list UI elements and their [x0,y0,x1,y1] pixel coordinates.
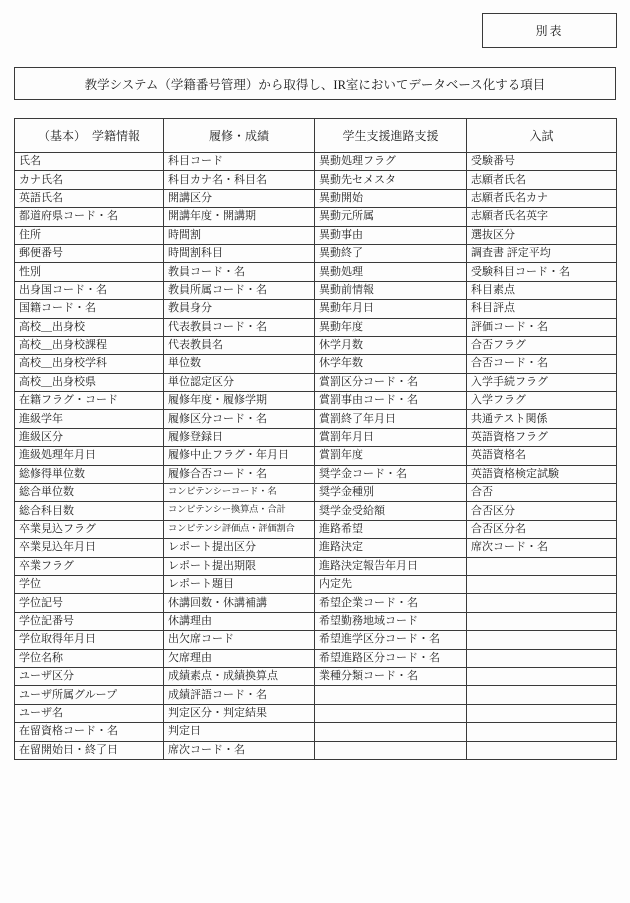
table-cell: 教員身分 [164,300,315,318]
table-row: 在留開始日・終了日席次コード・名 [15,741,617,759]
table-cell: 学位 [15,575,164,593]
table-cell: 出欠席コード [164,631,315,649]
table-cell: 代表教員名 [164,336,315,354]
table-cell [467,631,617,649]
table-row: 国籍コード・名教員身分異動年月日科目評点 [15,300,617,318]
appendix-label: 別表 [535,22,563,39]
table-row: 高校__出身校代表教員コード・名異動年度評価コード・名 [15,318,617,336]
table-cell: 進級処理年月日 [15,447,164,465]
table-cell: 賞罰年月日 [315,428,467,446]
table-cell: 郵便番号 [15,244,164,262]
table-cell: 休講回数・休講補講 [164,594,315,612]
table-cell: 賞罰年度 [315,447,467,465]
items-table-body: 氏名科目コード異動処理フラグ受験番号カナ氏名科目カナ名・科目名異動先セメスタ志願… [15,153,617,760]
table-cell: 総合科目数 [15,502,164,520]
table-cell: 受験科目コード・名 [467,263,617,281]
table-cell: 科目カナ名・科目名 [164,171,315,189]
table-cell: 教員所属コード・名 [164,281,315,299]
table-cell: 合否区分名 [467,520,617,538]
table-cell: 出身国コード・名 [15,281,164,299]
table-cell: 在留開始日・終了日 [15,741,164,759]
table-cell: 性別 [15,263,164,281]
table-cell: 進級学年 [15,410,164,428]
table-row: 学位レポート題目内定先 [15,575,617,593]
table-cell: 休学月数 [315,336,467,354]
table-cell: 氏名 [15,153,164,171]
table-row: 在留資格コード・名判定日 [15,723,617,741]
table-cell: 異動元所属 [315,208,467,226]
table-row: 出身国コード・名教員所属コード・名異動前情報科目素点 [15,281,617,299]
table-cell: 賞罰区分コード・名 [315,373,467,391]
table-cell: 希望進学区分コード・名 [315,631,467,649]
column-header-gakuseki: （基本） 学籍情報 [15,119,164,153]
table-cell: 学位記号 [15,594,164,612]
table-cell [467,612,617,630]
table-cell: 賞罰終了年月日 [315,410,467,428]
table-row: 進級処理年月日履修中止フラグ・年月日賞罰年度英語資格名 [15,447,617,465]
table-cell: 調査書 評定平均 [467,244,617,262]
table-cell: 開講区分 [164,189,315,207]
table-cell: 異動処理フラグ [315,153,467,171]
table-row: 学位名称欠席理由希望進路区分コード・名 [15,649,617,667]
table-row: 住所時間割異動事由選抜区分 [15,226,617,244]
table-cell: 科目コード [164,153,315,171]
table-row: 性別教員コード・名異動処理受験科目コード・名 [15,263,617,281]
table-cell: 異動開始 [315,189,467,207]
document-page: { "page": { "appendix_label": "別表", "tit… [0,0,630,903]
table-row: 総合単位数コンピテンシーコード・名奨学金種別合否 [15,484,617,502]
table-cell: 成績素点・成績換算点 [164,667,315,685]
table-cell: 席次コード・名 [467,539,617,557]
table-cell: 在籍フラグ・コード [15,392,164,410]
table-cell: 高校__出身校課程 [15,336,164,354]
table-row: カナ氏名科目カナ名・科目名異動先セメスタ志願者氏名 [15,171,617,189]
table-cell: 奨学金受給額 [315,502,467,520]
table-cell: 総合単位数 [15,484,164,502]
table-cell: レポート題目 [164,575,315,593]
table-cell: 希望企業コード・名 [315,594,467,612]
table-row: 高校__出身校県単位認定区分賞罰区分コード・名入学手続フラグ [15,373,617,391]
table-cell: 科目評点 [467,300,617,318]
table-cell: 履修年度・履修学期 [164,392,315,410]
table-cell: 時間割科目 [164,244,315,262]
table-cell: 異動事由 [315,226,467,244]
table-cell: 進級区分 [15,428,164,446]
table-row: 都道府県コード・名開講年度・開講期異動元所属志願者氏名英字 [15,208,617,226]
table-cell: 共通テスト関係 [467,410,617,428]
table-row: 卒業フラグレポート提出期限進路決定報告年月日 [15,557,617,575]
table-cell: 学位取得年月日 [15,631,164,649]
table-cell: 希望進路区分コード・名 [315,649,467,667]
table-cell [467,704,617,722]
column-header-nyushi: 入試 [467,119,617,153]
table-cell: 休講理由 [164,612,315,630]
table-row: 高校__出身校課程代表教員名休学月数合否フラグ [15,336,617,354]
table-cell: 履修区分コード・名 [164,410,315,428]
table-cell: 在留資格コード・名 [15,723,164,741]
table-row: 在籍フラグ・コード履修年度・履修学期賞罰事由コード・名入学フラグ [15,392,617,410]
table-cell: 高校__出身校学科 [15,355,164,373]
table-cell: 内定先 [315,575,467,593]
document-title-box: 教学システム（学籍番号管理）から取得し、IR室においてデータベース化する項目 [14,67,616,100]
table-cell: 都道府県コード・名 [15,208,164,226]
table-cell: コンピテンシーコード・名 [164,484,315,502]
table-cell: 英語資格フラグ [467,428,617,446]
table-row: 高校__出身校学科単位数休学年数合否コード・名 [15,355,617,373]
table-cell: 入学フラグ [467,392,617,410]
table-cell: 学位記番号 [15,612,164,630]
table-cell: 異動先セメスタ [315,171,467,189]
table-cell: 合否フラグ [467,336,617,354]
table-cell: ユーザ所属グループ [15,686,164,704]
table-row: 氏名科目コード異動処理フラグ受験番号 [15,153,617,171]
table-cell: 卒業フラグ [15,557,164,575]
table-row: 進級学年履修区分コード・名賞罰終了年月日共通テスト関係 [15,410,617,428]
table-cell: 評価コード・名 [467,318,617,336]
table-cell [467,741,617,759]
table-cell: 異動前情報 [315,281,467,299]
table-cell: 希望勤務地域コード [315,612,467,630]
table-cell [315,741,467,759]
table-cell: 異動年月日 [315,300,467,318]
table-cell: 単位数 [164,355,315,373]
table-cell: コンピテンシー換算点・合計 [164,502,315,520]
table-cell [315,686,467,704]
table-cell: 代表教員コード・名 [164,318,315,336]
table-cell [467,723,617,741]
table-cell: ユーザ名 [15,704,164,722]
appendix-label-box: 別表 [482,13,617,48]
table-cell [467,649,617,667]
table-cell: 判定日 [164,723,315,741]
table-row: ユーザ所属グループ成績評語コード・名 [15,686,617,704]
table-cell: 合否区分 [467,502,617,520]
table-cell: 履修登録日 [164,428,315,446]
document-title: 教学システム（学籍番号管理）から取得し、IR室においてデータベース化する項目 [85,75,546,93]
table-row: ユーザ区分成績素点・成績換算点業種分類コード・名 [15,667,617,685]
table-cell: 志願者氏名英字 [467,208,617,226]
table-cell: 科目素点 [467,281,617,299]
table-cell [467,594,617,612]
table-cell: 異動処理 [315,263,467,281]
table-row: 総修得単位数履修合否コード・名奨学金コード・名英語資格検定試験 [15,465,617,483]
table-cell: カナ氏名 [15,171,164,189]
table-cell: 業種分類コード・名 [315,667,467,685]
table-cell: 奨学金種別 [315,484,467,502]
table-cell [467,575,617,593]
table-cell: 異動年度 [315,318,467,336]
table-cell: 席次コード・名 [164,741,315,759]
table-cell: 選抜区分 [467,226,617,244]
table-cell: 教員コード・名 [164,263,315,281]
table-cell: 卒業見込年月日 [15,539,164,557]
table-cell: 成績評語コード・名 [164,686,315,704]
table-row: 英語氏名開講区分異動開始志願者氏名カナ [15,189,617,207]
table-cell: 履修合否コード・名 [164,465,315,483]
table-row: 学位取得年月日出欠席コード希望進学区分コード・名 [15,631,617,649]
table-cell: 単位認定区分 [164,373,315,391]
table-cell: 履修中止フラグ・年月日 [164,447,315,465]
table-row: 学位記番号休講理由希望勤務地域コード [15,612,617,630]
table-cell: 異動終了 [315,244,467,262]
table-cell [315,704,467,722]
table-cell: 総修得単位数 [15,465,164,483]
items-table: （基本） 学籍情報 履修・成績 学生支援進路支援 入試 氏名科目コード異動処理フ… [14,118,617,760]
table-cell: 時間割 [164,226,315,244]
table-cell: 合否 [467,484,617,502]
table-row: 進級区分履修登録日賞罰年月日英語資格フラグ [15,428,617,446]
table-cell: 受験番号 [467,153,617,171]
table-cell: 高校__出身校県 [15,373,164,391]
table-row: 卒業見込年月日レポート提出区分進路決定席次コード・名 [15,539,617,557]
table-cell: 住所 [15,226,164,244]
table-cell: 合否コード・名 [467,355,617,373]
table-cell: レポート提出区分 [164,539,315,557]
table-cell: 志願者氏名 [467,171,617,189]
table-cell: 英語氏名 [15,189,164,207]
table-cell [467,667,617,685]
table-row: ユーザ名判定区分・判定結果 [15,704,617,722]
table-cell: 高校__出身校 [15,318,164,336]
table-cell: レポート提出期限 [164,557,315,575]
table-cell [467,686,617,704]
column-header-risyu-seiseki: 履修・成績 [164,119,315,153]
table-cell: 判定区分・判定結果 [164,704,315,722]
column-header-shien-shinro: 学生支援進路支援 [315,119,467,153]
table-cell: 学位名称 [15,649,164,667]
table-row: 郵便番号時間割科目異動終了調査書 評定平均 [15,244,617,262]
table-cell: 英語資格検定試験 [467,465,617,483]
table-cell [315,723,467,741]
table-cell: コンピテンシ評価点・評価割合 [164,520,315,538]
table-cell: 進路希望 [315,520,467,538]
table-cell: 開講年度・開講期 [164,208,315,226]
table-cell: 入学手続フラグ [467,373,617,391]
table-cell: 国籍コード・名 [15,300,164,318]
table-cell: 欠席理由 [164,649,315,667]
table-cell: ユーザ区分 [15,667,164,685]
table-cell: 賞罰事由コード・名 [315,392,467,410]
table-row: 総合科目数コンピテンシー換算点・合計奨学金受給額合否区分 [15,502,617,520]
table-cell: 奨学金コード・名 [315,465,467,483]
table-cell: 志願者氏名カナ [467,189,617,207]
table-cell [467,557,617,575]
table-cell: 英語資格名 [467,447,617,465]
table-cell: 進路決定 [315,539,467,557]
table-header-row: （基本） 学籍情報 履修・成績 学生支援進路支援 入試 [15,119,617,153]
table-cell: 進路決定報告年月日 [315,557,467,575]
table-cell: 休学年数 [315,355,467,373]
table-cell: 卒業見込フラグ [15,520,164,538]
table-row: 学位記号休講回数・休講補講希望企業コード・名 [15,594,617,612]
table-row: 卒業見込フラグコンピテンシ評価点・評価割合進路希望合否区分名 [15,520,617,538]
